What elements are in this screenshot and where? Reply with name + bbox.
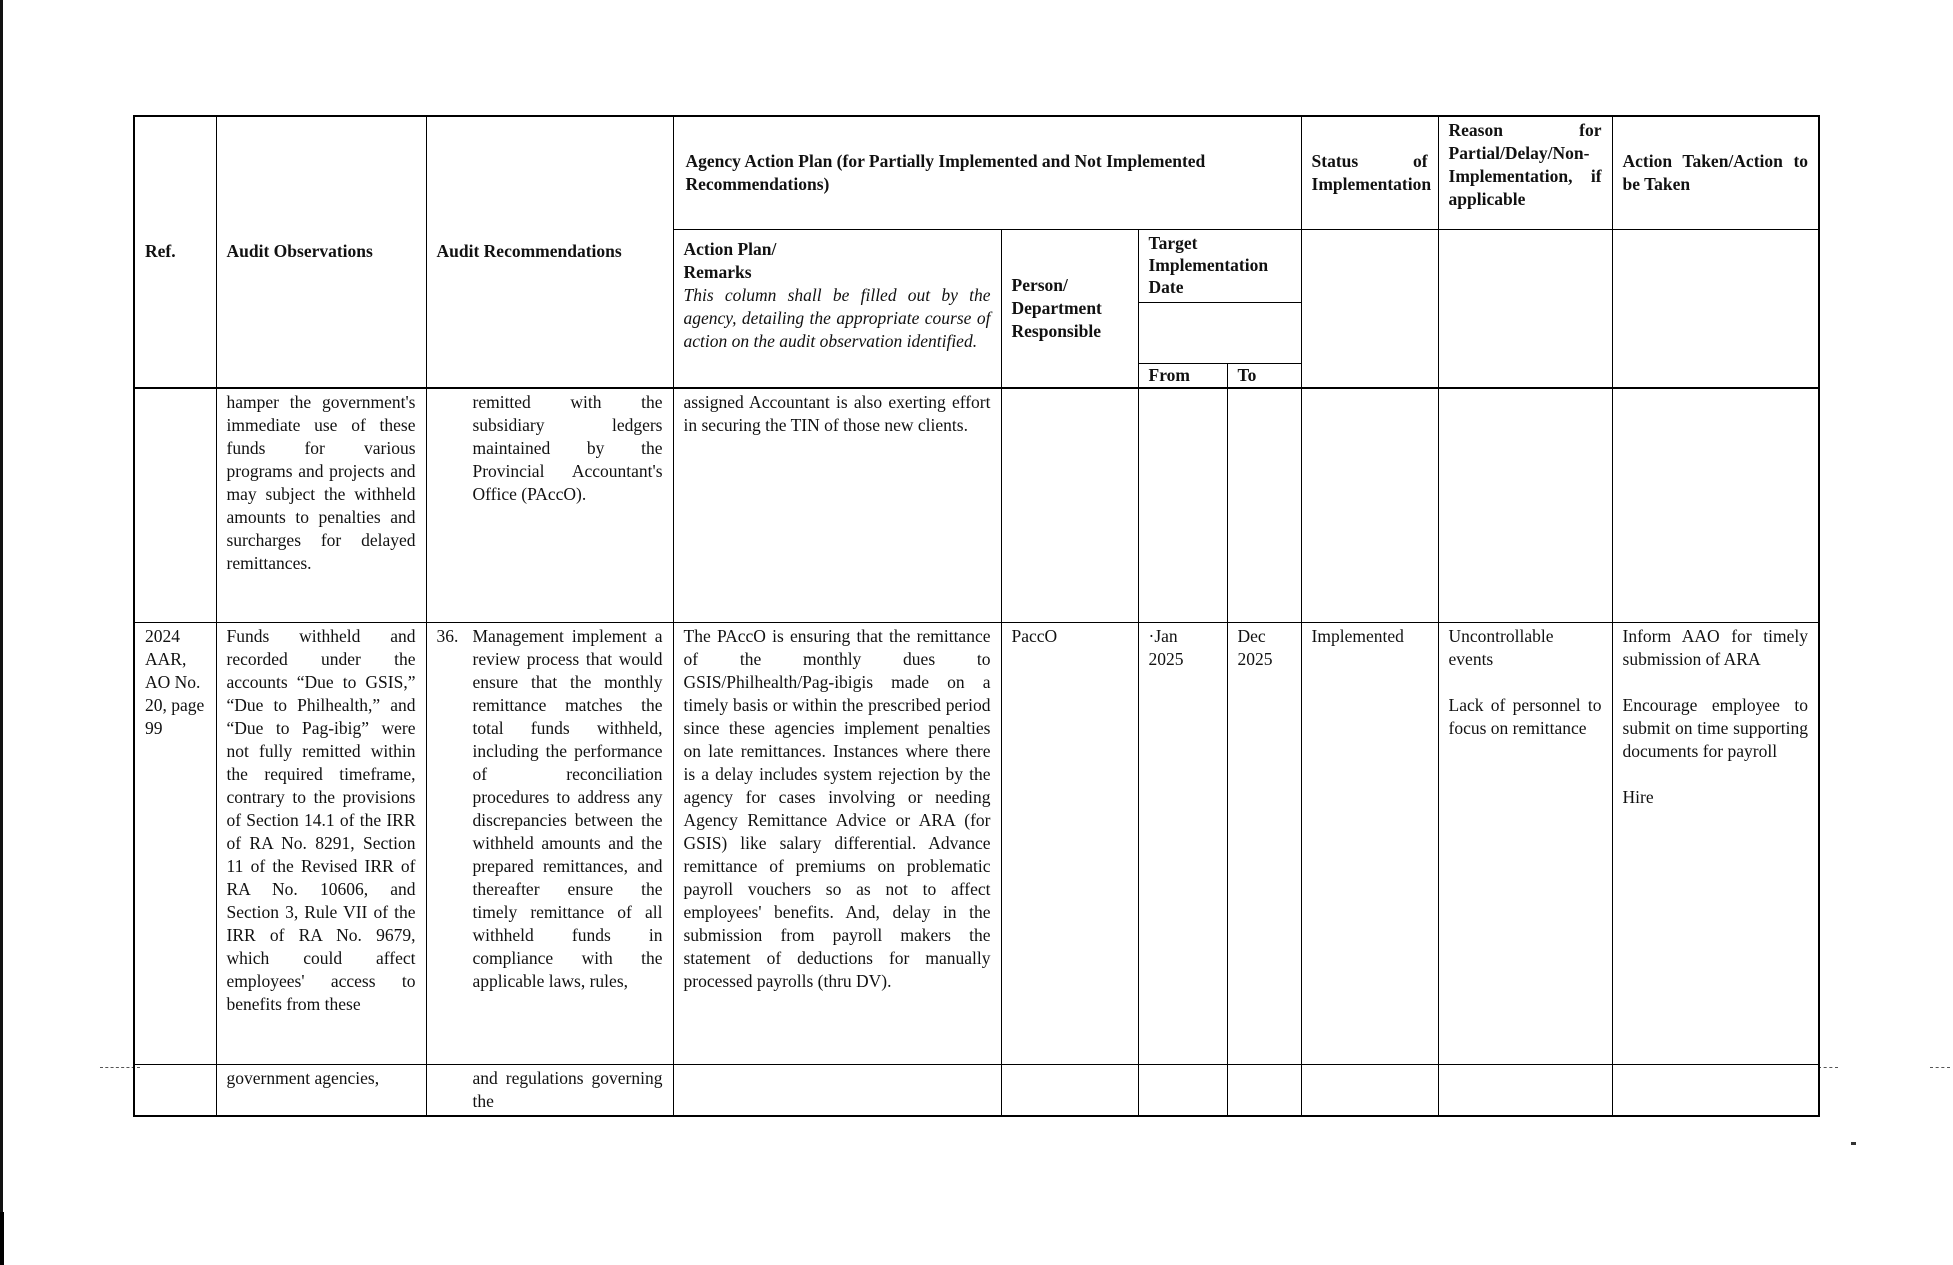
cell-action-taken: Inform AAO for timely submission of ARA … bbox=[1612, 623, 1819, 1065]
cell-observation: hamper the government's immediate use of… bbox=[216, 388, 426, 623]
cell-person: PaccO bbox=[1001, 623, 1138, 1065]
table-row: 2024 AAR, AO No. 20, page 99 Funds withh… bbox=[134, 623, 1819, 1065]
cell-recommendation: and regulations governing the bbox=[426, 1065, 673, 1117]
header-action-taken: Action Taken/Action to be Taken bbox=[1612, 116, 1819, 229]
header-person-responsible: Person/ Department Responsible bbox=[1001, 229, 1138, 388]
cell-action-taken bbox=[1612, 388, 1819, 623]
audit-action-plan-table: Ref. Audit Observations Audit Recommenda… bbox=[133, 115, 1820, 1117]
header-from: From bbox=[1138, 363, 1227, 388]
scan-edge-bar bbox=[0, 0, 3, 1265]
header-target-date: Target Implementation Date bbox=[1138, 229, 1301, 302]
cell-from bbox=[1138, 1065, 1227, 1117]
page-break-dash-right bbox=[1818, 1067, 1838, 1068]
cell-to bbox=[1227, 1065, 1301, 1117]
header-audit-recommendations: Audit Recommendations bbox=[426, 116, 673, 388]
header-reason: Reason for Partial/Delay/Non-Implementat… bbox=[1438, 116, 1612, 229]
header-action-plan: Action Plan/ Remarks This column shall b… bbox=[673, 229, 1001, 388]
header-target-date-blank bbox=[1138, 302, 1301, 363]
cell-status bbox=[1301, 1065, 1438, 1117]
header-action-plan-remarks: Remarks bbox=[684, 261, 991, 284]
cell-observation: government agencies, bbox=[216, 1065, 426, 1117]
cell-action-plan bbox=[673, 1065, 1001, 1117]
cell-status bbox=[1301, 388, 1438, 623]
cell-ref bbox=[134, 388, 216, 623]
cell-status: Implemented bbox=[1301, 623, 1438, 1065]
cell-ref bbox=[134, 1065, 216, 1117]
cell-recommendation: remitted with the subsidiary ledgers mai… bbox=[426, 388, 673, 623]
cell-to bbox=[1227, 388, 1301, 623]
cell-to: Dec 2025 bbox=[1227, 623, 1301, 1065]
cell-ref: 2024 AAR, AO No. 20, page 99 bbox=[134, 623, 216, 1065]
cell-from: ·Jan 2025 bbox=[1138, 623, 1227, 1065]
cell-reason bbox=[1438, 388, 1612, 623]
header-status: Status of Implementation bbox=[1301, 116, 1438, 229]
cell-reason bbox=[1438, 1065, 1612, 1117]
cell-action-plan: The PAccO is ensuring that the remittanc… bbox=[673, 623, 1001, 1065]
cell-action-plan: assigned Accountant is also exerting eff… bbox=[673, 388, 1001, 623]
action-item: Hire bbox=[1623, 786, 1809, 809]
header-ref: Ref. bbox=[134, 116, 216, 388]
reason-item: Lack of personnel to focus on remittance bbox=[1449, 694, 1602, 740]
cell-from bbox=[1138, 388, 1227, 623]
scan-edge-bar-bottom bbox=[0, 1212, 4, 1265]
header-reason-blank bbox=[1438, 229, 1612, 388]
recommendation-text: Management implement a review process th… bbox=[473, 625, 663, 993]
action-item: Encourage employee to submit on time sup… bbox=[1623, 694, 1809, 763]
header-action-taken-blank bbox=[1612, 229, 1819, 388]
header-action-plan-title: Action Plan/ bbox=[684, 238, 991, 261]
header-audit-observations: Audit Observations bbox=[216, 116, 426, 388]
header-status-blank bbox=[1301, 229, 1438, 388]
cell-observation: Funds withheld and recorded under the ac… bbox=[216, 623, 426, 1065]
reason-item: Uncontrollable events bbox=[1449, 625, 1602, 671]
header-agency-action-plan: Agency Action Plan (for Partially Implem… bbox=[673, 116, 1301, 229]
table-row: government agencies, and regulations gov… bbox=[134, 1065, 1819, 1117]
action-item: Inform AAO for timely submission of ARA bbox=[1623, 625, 1809, 671]
cell-person bbox=[1001, 1065, 1138, 1117]
page-break-dash-far-right bbox=[1930, 1067, 1950, 1068]
header-action-plan-note: This column shall be filled out by the a… bbox=[684, 284, 991, 353]
cell-recommendation: 36. Management implement a review proces… bbox=[426, 623, 673, 1065]
cell-reason: Uncontrollable events Lack of personnel … bbox=[1438, 623, 1612, 1065]
header-to: To bbox=[1227, 363, 1301, 388]
scan-artifact-mark bbox=[1851, 1142, 1856, 1145]
recommendation-number: 36. bbox=[437, 625, 473, 993]
cell-action-taken bbox=[1612, 1065, 1819, 1117]
table-row: hamper the government's immediate use of… bbox=[134, 388, 1819, 623]
cell-person bbox=[1001, 388, 1138, 623]
